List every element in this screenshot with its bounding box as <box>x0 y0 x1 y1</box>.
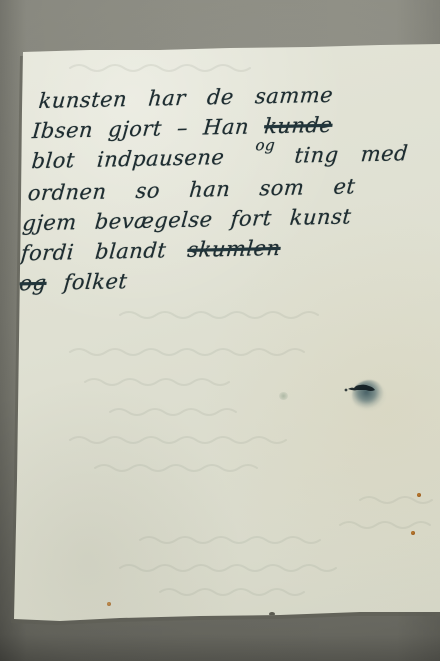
handwritten-text: blot indpausene <box>31 145 226 173</box>
handwritten-text: ting med <box>294 141 410 167</box>
rust-speck <box>417 493 421 497</box>
photo-background: kunsten har de samme Ibsen gjort – Han k… <box>0 0 440 661</box>
handwritten-text: Ibsen gjort – Han <box>31 115 250 144</box>
handwriting-block: kunsten har de samme Ibsen gjort – Han k… <box>18 78 396 298</box>
struck-word: skumlen <box>186 236 281 262</box>
handwritten-text: kunsten har de samme <box>38 83 334 113</box>
handwritten-text: gjem bevægelse fort kunst <box>21 204 352 235</box>
handwritten-text: fordi blandt <box>20 238 167 265</box>
ink-blot-stroke <box>340 372 394 416</box>
rust-speck <box>107 602 111 606</box>
struck-word: og <box>18 271 47 296</box>
manuscript-page: kunsten har de samme Ibsen gjort – Han k… <box>0 0 440 661</box>
ink-blot <box>340 372 394 416</box>
handwritten-text: folket <box>63 269 129 294</box>
rust-speck <box>411 531 415 535</box>
handwritten-text: ordnen so han som et <box>27 174 356 205</box>
inserted-word: og <box>254 130 276 160</box>
green-smudge <box>279 392 288 400</box>
